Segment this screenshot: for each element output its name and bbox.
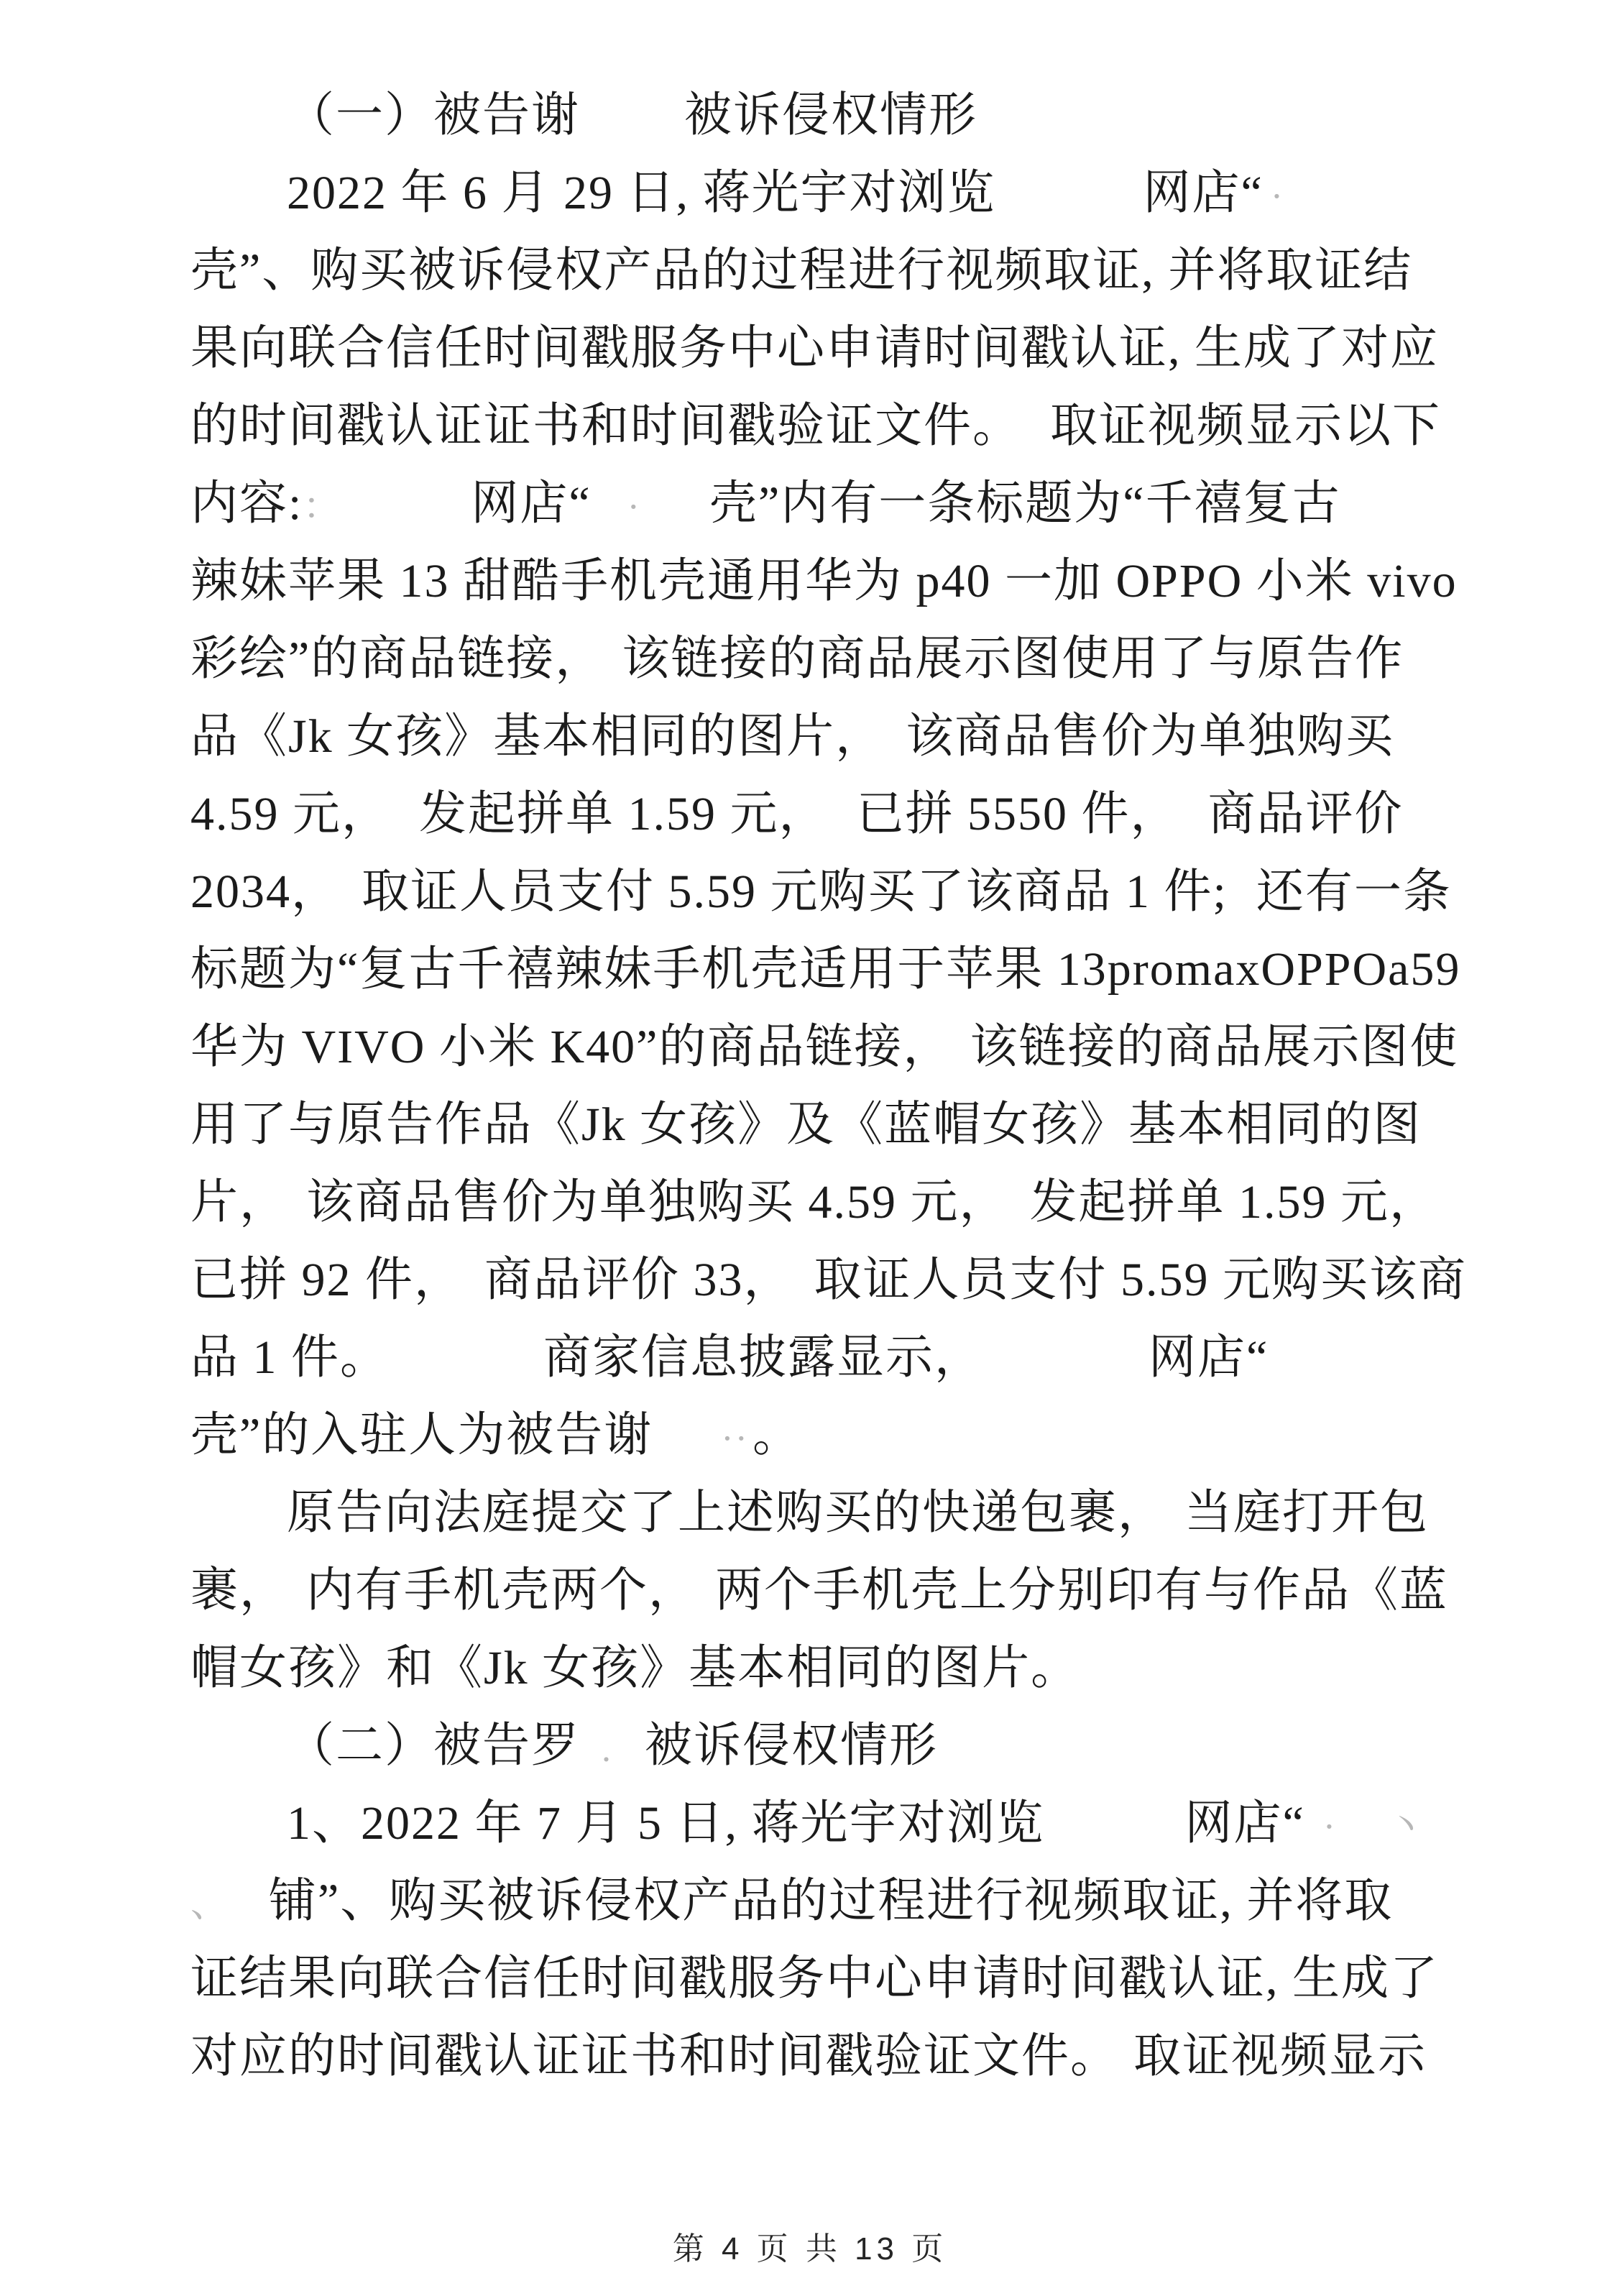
text-line: 内容:：网店“·壳”内有一条标题为“千禧复古 xyxy=(190,467,1470,544)
text-segment: 1、2022 年 7 月 5 日, 蒋光宇对浏览 xyxy=(287,1797,1045,1850)
text-segment: 取证人员支付 5.59 元购买了该商品 1 件; xyxy=(362,865,1228,918)
text-line: 对应的时间戳认证证书和时间戳验证文件。取证视频显示 xyxy=(190,2019,1470,2097)
text-segment: 证结果向联合信任时间戳服务中心申请时间戳认证, 生成了 xyxy=(190,1952,1439,2005)
text-segment: 发起拼单 1.59 元， xyxy=(1030,1176,1439,1229)
redaction-gap xyxy=(1008,1216,1030,1218)
redaction-gap xyxy=(1337,1837,1387,1839)
text-line: 1、2022 年 7 月 5 日, 蒋光宇对浏览网店“·丶 xyxy=(190,1786,1470,1864)
text-segment: 取证视频显示以下 xyxy=(1050,400,1441,452)
redaction-gap xyxy=(229,1915,269,1916)
text-line: 彩绘”的商品链接，该链接的商品展示图使用了与原告作 xyxy=(190,622,1470,699)
text-segment: 4.59 元， xyxy=(190,788,390,840)
redaction-gap xyxy=(1305,1837,1323,1839)
faint-redaction-mark: ： xyxy=(303,487,341,528)
redaction-gap xyxy=(341,518,471,519)
redaction-gap xyxy=(1166,1527,1184,1528)
redaction-gap xyxy=(697,1604,715,1606)
text-segment: 已拼 92 件， xyxy=(190,1254,463,1306)
redaction-gap xyxy=(1179,828,1208,830)
redaction-gap xyxy=(463,1294,484,1295)
text-segment: （二）被告罗 xyxy=(287,1719,580,1772)
document-page: （一）被告谢被诉侵权情形2022 年 6 月 29 日, 蒋光宇对浏览网店“·壳… xyxy=(190,78,1470,2097)
redaction-gap xyxy=(288,1216,306,1218)
redaction-gap xyxy=(884,750,906,752)
text-segment: 品 1 件。 xyxy=(190,1331,389,1384)
text-segment: 网店“ xyxy=(1185,1797,1305,1850)
text-segment: 标题为“复古千禧辣妹手机壳适用于苹果 13promaxOPPOa59 xyxy=(190,943,1460,996)
text-line: 的时间戳认证证书和时间戳验证文件。取证视频显示以下 xyxy=(190,389,1470,467)
text-line: 品 1 件。商家信息披露显示，网店“ xyxy=(190,1321,1470,1398)
text-line: 原告向法庭提交了上述购买的快递包裹，当庭打开包 xyxy=(190,1476,1470,1553)
text-segment: 彩绘”的商品链接， xyxy=(190,633,604,685)
text-segment: 被诉侵权情形 xyxy=(684,89,977,142)
text-segment: 用了与原告作品《Jk 女孩》及《蓝帽女孩》基本相同的图 xyxy=(190,1098,1422,1151)
text-line: 帽女孩》和《Jk 女孩》基本相同的图片。 xyxy=(190,1631,1470,1709)
text-segment: 辣妹苹果 13 甜酷手机壳通用华为 p40 一加 OPPO 小米 vivo xyxy=(190,555,1458,607)
text-segment: 壳”的入驻人为被告谢 xyxy=(190,1409,653,1461)
text-segment: 被诉侵权情形 xyxy=(645,1719,938,1772)
text-line: （一）被告谢被诉侵权情形 xyxy=(190,78,1470,156)
redaction-gap xyxy=(340,906,362,907)
faint-redaction-mark: · xyxy=(1271,176,1284,217)
text-segment: 该商品售价为单独购买 xyxy=(906,710,1394,763)
text-line: 片，该商品售价为单独购买 4.59 元，发起拼单 1.59 元， xyxy=(190,1165,1470,1243)
text-line: 裹，内有手机壳两个，两个手机壳上分别印有与作品《蓝 xyxy=(190,1553,1470,1631)
text-segment: 取证视频显示 xyxy=(1133,2030,1427,2083)
text-segment: 壳”内有一条标题为“千禧复古 xyxy=(709,477,1341,530)
text-segment: 该链接的商品展示图使 xyxy=(970,1021,1458,1073)
redaction-gap xyxy=(1021,440,1050,441)
redaction-gap xyxy=(580,1760,602,1761)
text-segment: 壳”、购买被诉侵权产品的过程进行视频取证, 并将取证结 xyxy=(190,244,1412,297)
text-segment: 果向联合信任时间戳服务中心申请时间戳认证, 生成了对应 xyxy=(190,322,1439,375)
text-segment: 发起拼单 1.59 元， xyxy=(419,788,828,840)
redaction-gap xyxy=(592,518,627,519)
text-segment: 已拼 5550 件， xyxy=(857,788,1179,840)
redaction-gap xyxy=(641,518,709,519)
page-number: 第 4 页 共 13 页 xyxy=(0,2223,1620,2269)
text-line: 用了与原告作品《Jk 女孩》及《蓝帽女孩》基本相同的图 xyxy=(190,1088,1470,1165)
text-line: 已拼 92 件，商品评价 33，取证人员支付 5.59 元购买该商 xyxy=(190,1243,1470,1321)
text-segment: 还有一条 xyxy=(1256,865,1452,918)
text-segment: 裹， xyxy=(190,1564,288,1617)
text-line: 壳”的入驻人为被告谢··。 xyxy=(190,1398,1470,1476)
document-body: （一）被告谢被诉侵权情形2022 年 6 月 29 日, 蒋光宇对浏览网店“·壳… xyxy=(190,78,1470,2097)
faint-redaction-mark: 、 xyxy=(190,1884,229,1925)
text-line: 4.59 元，发起拼单 1.59 元，已拼 5550 件，商品评价 xyxy=(190,777,1470,855)
text-line: 2022 年 6 月 29 日, 蒋光宇对浏览网店“· xyxy=(190,156,1470,234)
faint-redaction-mark: 丶 xyxy=(1387,1806,1426,1847)
text-segment: 华为 VIVO 小米 K40”的商品链接， xyxy=(190,1021,952,1073)
text-segment: 2034， xyxy=(190,865,340,918)
text-segment: 两个手机壳上分别印有与作品《蓝 xyxy=(715,1564,1448,1617)
faint-redaction-mark: . xyxy=(602,1729,612,1770)
redaction-gap xyxy=(1228,906,1256,907)
faint-redaction-mark: · xyxy=(627,487,641,528)
faint-redaction-mark: · xyxy=(1323,1806,1337,1847)
faint-redaction-mark: ·· xyxy=(721,1418,749,1459)
redaction-gap xyxy=(288,1604,306,1606)
text-segment: 片， xyxy=(190,1176,288,1229)
text-segment: 商家信息披露显示， xyxy=(543,1331,983,1384)
text-segment: 内容: xyxy=(190,477,303,530)
text-segment: 商品评价 33， xyxy=(484,1254,793,1306)
text-line: 证结果向联合信任时间戳服务中心申请时间戳认证, 生成了 xyxy=(190,1942,1470,2019)
text-segment: 铺”、购买被诉侵权产品的过程进行视频取证, 并将取 xyxy=(269,1875,1393,1927)
text-segment: 内有手机壳两个， xyxy=(306,1564,697,1617)
text-segment: 。 xyxy=(753,1409,801,1461)
text-segment: 帽女孩》和《Jk 女孩》基本相同的图片。 xyxy=(190,1642,1080,1694)
text-segment: 对应的时间戳认证证书和时间戳验证文件。 xyxy=(190,2030,1119,2083)
text-segment: 网店“ xyxy=(1149,1331,1269,1384)
text-line: （二）被告罗.被诉侵权情形 xyxy=(190,1709,1470,1786)
text-line: 标题为“复古千禧辣妹手机壳适用于苹果 13promaxOPPOa59 xyxy=(190,932,1470,1010)
text-segment: 2022 年 6 月 29 日, 蒋光宇对浏览 xyxy=(287,167,996,219)
text-segment: 网店“ xyxy=(471,477,591,530)
redaction-gap xyxy=(1119,2070,1133,2072)
redaction-gap xyxy=(580,129,684,131)
text-segment: 该链接的商品展示图使用了与原告作 xyxy=(622,633,1404,685)
text-segment: 取证人员支付 5.59 元购买该商 xyxy=(814,1254,1468,1306)
text-line: 辣妹苹果 13 甜酷手机壳通用华为 p40 一加 OPPO 小米 vivo xyxy=(190,544,1470,622)
redaction-gap xyxy=(983,1372,1149,1373)
redaction-gap xyxy=(653,1449,721,1451)
text-line: 、铺”、购买被诉侵权产品的过程进行视频取证, 并将取 xyxy=(190,1864,1470,1942)
redaction-gap xyxy=(952,1061,970,1062)
redaction-gap xyxy=(1045,1837,1185,1839)
redaction-gap xyxy=(1264,207,1271,208)
text-segment: 品《Jk 女孩》基本相同的图片， xyxy=(190,710,884,763)
text-segment: 网店“ xyxy=(1143,167,1264,219)
redaction-gap xyxy=(390,828,419,830)
text-line: 2034，取证人员支付 5.59 元购买了该商品 1 件;还有一条 xyxy=(190,855,1470,932)
text-segment: 的时间戳认证证书和时间戳验证文件。 xyxy=(190,400,1021,452)
text-line: 果向联合信任时间戳服务中心申请时间戳认证, 生成了对应 xyxy=(190,311,1470,389)
redaction-gap xyxy=(996,207,1143,208)
redaction-gap xyxy=(793,1294,814,1295)
text-segment: 原告向法庭提交了上述购买的快递包裹， xyxy=(287,1487,1166,1539)
text-line: 壳”、购买被诉侵权产品的过程进行视频取证, 并将取证结 xyxy=(190,234,1470,311)
redaction-gap xyxy=(604,673,622,674)
redaction-gap xyxy=(828,828,857,830)
text-line: 华为 VIVO 小米 K40”的商品链接，该链接的商品展示图使 xyxy=(190,1010,1470,1088)
text-segment: 该商品售价为单独购买 4.59 元， xyxy=(306,1176,1008,1229)
redaction-gap xyxy=(612,1760,645,1761)
text-segment: 商品评价 xyxy=(1208,788,1404,840)
text-line: 品《Jk 女孩》基本相同的图片，该商品售价为单独购买 xyxy=(190,699,1470,777)
redaction-gap xyxy=(389,1372,543,1373)
text-segment: 当庭打开包 xyxy=(1184,1487,1429,1539)
text-segment: （一）被告谢 xyxy=(287,89,580,142)
